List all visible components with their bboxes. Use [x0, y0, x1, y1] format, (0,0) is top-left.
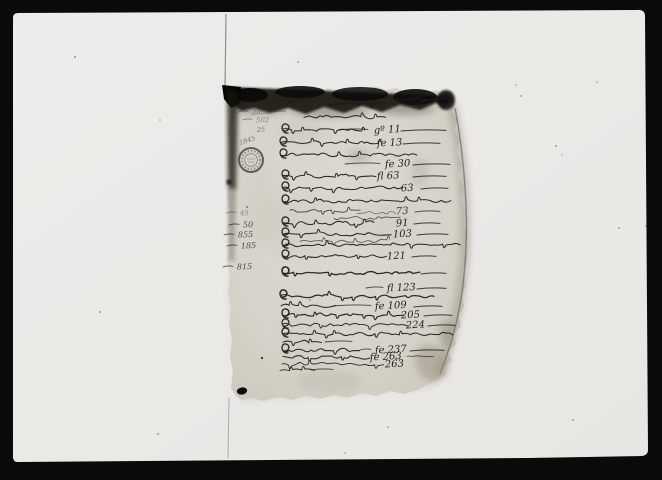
entry-amount: 103 — [393, 229, 413, 241]
scanned-document-viewport: gº 11fe 13fe 30fl 63637391103121fl 123fe… — [0, 0, 662, 480]
entry-amount: 91 — [396, 218, 409, 230]
margin-number: 45 — [239, 209, 250, 217]
margin-number: 502 — [256, 116, 270, 124]
entry-amount: 73 — [396, 206, 409, 218]
entry-amount: fe 30 — [384, 158, 412, 170]
entry-amount: 263 — [384, 359, 405, 371]
entry-amount: fe 13 — [376, 137, 403, 149]
entry-amount: 63 — [401, 183, 414, 195]
entry-amount: fl 63 — [376, 170, 400, 182]
margin-number: 815 — [237, 262, 253, 272]
entry-amount: gº 11 — [374, 124, 402, 136]
entry-amount: 224 — [405, 320, 426, 332]
manuscript-scan-image: gº 11fe 13fe 30fl 63637391103121fl 123fe… — [0, 0, 662, 480]
margin-number: 855 — [238, 230, 254, 240]
entry-amount: fl 123 — [386, 282, 416, 295]
archive-stamp-icon — [239, 148, 263, 172]
entry-amount: 121 — [387, 251, 407, 263]
margin-number: 50 — [243, 220, 253, 229]
margin-number: 185 — [241, 241, 257, 251]
pencil-note: 25 — [255, 125, 265, 134]
